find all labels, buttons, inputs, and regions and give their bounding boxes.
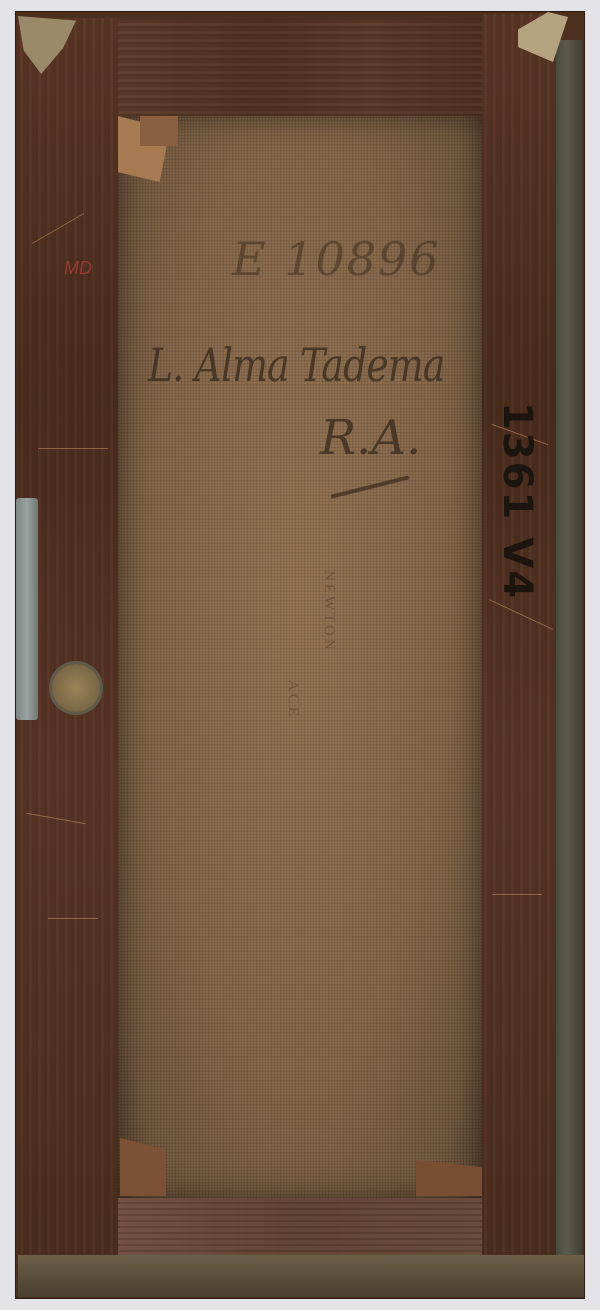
round-seal-label	[52, 664, 100, 712]
artist-title: R.A.	[320, 410, 421, 466]
right-stretcher-bar	[482, 14, 560, 1276]
corner-key-top-left-2	[140, 116, 178, 146]
tape-strip-left	[16, 498, 38, 720]
inventory-number: E 10896	[232, 232, 441, 286]
bottom-frame-edge	[18, 1255, 584, 1297]
stamp-line-1: NEWTON	[320, 570, 337, 653]
artist-signature: L. Alma Tadema	[148, 338, 445, 392]
stretcher-stencil-number: 1361 V4	[494, 402, 540, 600]
canvas-maker-stamp: NEWTON ACE	[260, 560, 420, 760]
red-chalk-mark: MD	[64, 258, 92, 279]
right-frame-edge	[556, 40, 582, 1280]
stamp-line-2: ACE	[284, 680, 301, 719]
bottom-stretcher-bar	[118, 1196, 482, 1258]
top-stretcher-bar	[118, 18, 482, 116]
